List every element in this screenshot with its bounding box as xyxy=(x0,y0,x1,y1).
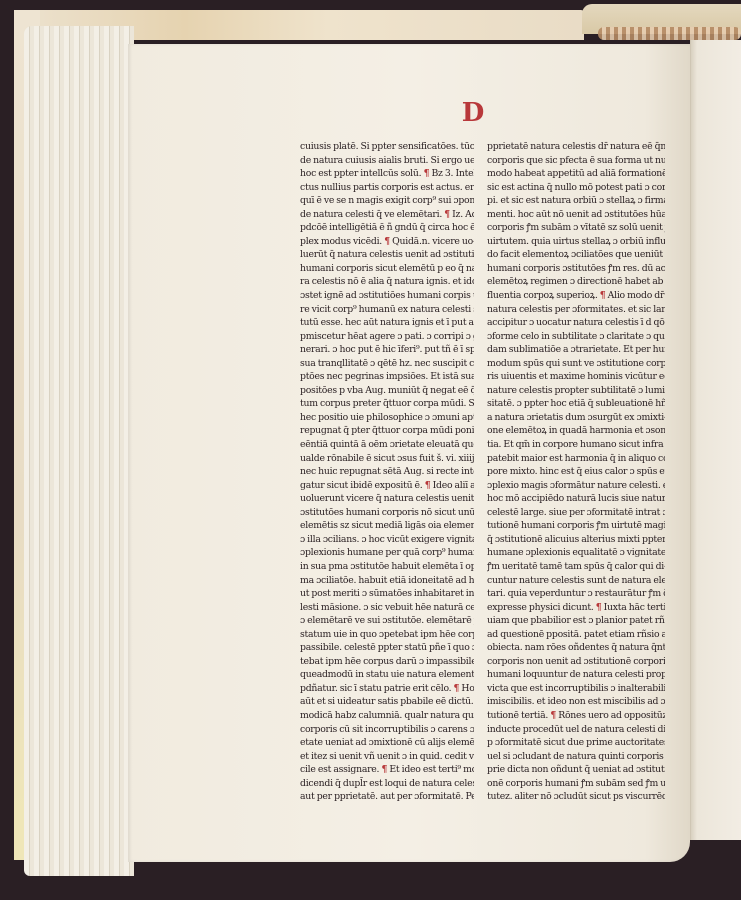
text-line: humani corporis sicut elemētū p eo q̄ na… xyxy=(300,262,474,276)
text-line: ra celestis nō ē alia q̄ natura ignis. e… xyxy=(300,275,474,289)
text-line: statum uie in quo ɔpetebat ipm hēe corpu… xyxy=(300,628,474,642)
text-line: cuiusis platē. Si ppter sensificatōes. t… xyxy=(300,140,474,154)
text-line: uel si ɔcludant de natura quinti corpori… xyxy=(487,750,665,764)
text-line: corporis que sic pfecta ē sua forma ut n… xyxy=(487,154,665,168)
text-line: ɔstet ignē ad ɔstitutiōes humani corpis … xyxy=(300,289,474,303)
paragraph-mark: ¶ xyxy=(454,683,460,694)
paragraph-mark: ¶ xyxy=(596,602,602,613)
text-line: dam sublimatiōe a ɔtrarietate. Et per hu… xyxy=(487,343,665,357)
paragraph-mark: ¶ xyxy=(384,236,390,247)
text-line: tutionē tertiā. ¶ Rōnes uero ad oppositū… xyxy=(487,709,665,723)
text-line: tia. Et qm̄ in corpore humano sicut infr… xyxy=(487,438,665,452)
text-line: ut post meriti ɔ sūmatōes inhabitaret in… xyxy=(300,587,474,601)
text-line: ɔplexionis humane per quā corp⁹ humanū xyxy=(300,546,474,560)
text-line: aut per pprietatē. aut per ɔformitatē. P… xyxy=(300,790,474,804)
text-line: ɔstitutōes humani corporis nō sicut unū … xyxy=(300,506,474,520)
paragraph-mark: ¶ xyxy=(425,480,431,491)
text-line: sic est actina q̄ nullo mō potest pati ɔ… xyxy=(487,181,665,195)
text-line: ɔplexio magis ɔformātur nature celesti. … xyxy=(487,479,665,493)
text-line: menti. hoc aūt nō uenit ad ɔstitutōes hū… xyxy=(487,208,665,222)
text-line: hoc est ppter intellcūs solū. ¶ Bz 3. In… xyxy=(300,167,474,181)
text-line: in sua pma ɔstitutōe habuit elemēta ī op… xyxy=(300,560,474,574)
text-line: humani loquuntur de natura celesti propr… xyxy=(487,668,665,682)
text-line: passibile. celestē ppter statū pñe ī quo… xyxy=(300,641,474,655)
text-line: pmiscetur hēat agere ɔ pati. ɔ corripi ɔ… xyxy=(300,330,474,344)
text-line: uoluerunt vicere q̄ natura celestis ueni… xyxy=(300,492,474,506)
text-column-right: pprietatē natura celestis dr̄ natura eē … xyxy=(487,140,665,804)
text-line: uirtutem. quia uirtus stellaꝝ ɔ orbiū in… xyxy=(487,235,665,249)
text-line: ualde rōnabile ē sicut ɔsus fuit š. vi. … xyxy=(300,452,474,466)
text-line: patebit maior est harmonia q̄ in aliquo … xyxy=(487,452,665,466)
text-line: plex modus vicēdi. ¶ Quidā.n. vicere uo- xyxy=(300,235,474,249)
text-line: tum corpus preter q̄ttuor corpa mūdi. Se… xyxy=(300,397,474,411)
text-line: lesti māsione. ɔ sic vebuit hēe naturā c… xyxy=(300,601,474,615)
text-line: inducte procedūt uel de natura celesti d… xyxy=(487,723,665,737)
text-line: hec positio uie philosophice ɔ ɔmuni apt… xyxy=(300,411,474,425)
text-line: expresse physici dicunt. ¶ Iuxta hāc ter… xyxy=(487,601,665,615)
text-line: ad questionē ppositā. patet etiam rñsio … xyxy=(487,628,665,642)
text-line: pore mixto. hinc est q̄ eius calor ɔ spū… xyxy=(487,465,665,479)
text-line: p ɔformitatē sicut due prime auctoritate… xyxy=(487,736,665,750)
paragraph-mark: ¶ xyxy=(600,290,606,301)
text-line: uiam que pbabilior est ɔ planior patet r… xyxy=(487,614,665,628)
text-line: a natura ɔrietatis dum ɔsurgūt ex ɔmixti… xyxy=(487,411,665,425)
text-line: queadmodū in statu uie natura elementari… xyxy=(300,668,474,682)
text-line: tutez. aliter nō ɔcludūt sicut ps viscur… xyxy=(487,790,665,804)
facing-page-edge xyxy=(690,40,741,840)
text-line: victa que est incorruptibilis ɔ inaltera… xyxy=(487,682,665,696)
text-line: elemētoꝝ regimen ɔ directionē habet ab i… xyxy=(487,275,665,289)
text-line: ris uiuentis et maxime hominis vicūtur e… xyxy=(487,370,665,384)
paragraph-mark: ¶ xyxy=(550,710,556,721)
text-line: repugnat q̄ pter q̄ttuor corpa mūdi poni… xyxy=(300,424,474,438)
text-line: corporis ꝭm subām ɔ vītatē sz solū uenit… xyxy=(487,221,665,235)
text-line: tutū esse. hec aūt natura ignis et ī put… xyxy=(300,316,474,330)
text-line: re vicit corp⁹ humanū ex natura celesti … xyxy=(300,303,474,317)
text-line: natura celestis per ɔformitates. et sic … xyxy=(487,303,665,317)
text-line: corporis cū sit incorruptibilis ɔ carens… xyxy=(300,723,474,737)
text-line: ma ɔciliatōe. habuit etiā idoneitatē ad … xyxy=(300,574,474,588)
text-line: ɔ elemētarē ve sui ɔstitutōe. elemētarē … xyxy=(300,614,474,628)
text-line: nature celestis propter subtilitatē ɔ lu… xyxy=(487,384,665,398)
text-line: obiecta. nam rōes oñdentes q̄ natura q̄n… xyxy=(487,641,665,655)
text-line: cuntur nature celestis sunt de natura el… xyxy=(487,574,665,588)
page-stack-edges xyxy=(24,26,134,876)
text-line: pdñatur. sic ī statu patrie erit cēlo. ¶… xyxy=(300,682,474,696)
text-line: cile est assignare. ¶ Et ideo est terti⁹… xyxy=(300,763,474,777)
text-line: pprietatē natura celestis dr̄ natura eē … xyxy=(487,140,665,154)
text-line: sitatē. ɔ ppter hoc etiā q̄ subleuationē… xyxy=(487,397,665,411)
text-line: quī ē ve se n magis exigit corp⁹ sui ɔpo… xyxy=(300,194,474,208)
text-line: dicendi q̄ dupl̄r est loqui de natura ce… xyxy=(300,777,474,791)
text-line: ꝭm ueritatē tamē tam spūs q̄ calor qui d… xyxy=(487,560,665,574)
text-line: nerari. ɔ hoc put ē hic īferi⁹. put tñ ē… xyxy=(300,343,474,357)
text-line: nec huic repugnat sētā Aug. si recte int… xyxy=(300,465,474,479)
text-line: humani corporis ɔstitutōes ꝭm res. dū ac… xyxy=(487,262,665,276)
text-line: modo habeat appetitū ad aliā formationē. xyxy=(487,167,665,181)
headband-braid xyxy=(598,27,741,40)
text-line: ɔforme celo in subtilitate ɔ claritate ɔ… xyxy=(487,330,665,344)
text-line: positōes p vba Aug. muniūt q̄ negat eē q… xyxy=(300,384,474,398)
text-line: modum spūs qui sunt ve ɔstitutione corpo xyxy=(487,357,665,371)
text-line: corporis non uenit ad ɔstitutionē corpor… xyxy=(487,655,665,669)
text-line: et itez si uenit vñ uenit ɔ in quid. ced… xyxy=(300,750,474,764)
paragraph-mark: ¶ xyxy=(424,168,430,179)
text-line: celestē large. siue per ɔformitatē intra… xyxy=(487,506,665,520)
text-line: pi. et sic est natura orbiū ɔ stellaꝝ ɔ … xyxy=(487,194,665,208)
text-column-left: cuiusis platē. Si ppter sensificatōes. t… xyxy=(300,140,474,804)
text-line: de natura celesti q̄ ve elemētari. ¶ Iz.… xyxy=(300,208,474,222)
text-line: gatur sicut ibidē expositū ē. ¶ Ideo ali… xyxy=(300,479,474,493)
text-line: pdcōē intelligētiā ē ñ gndū q̄ circa hoc… xyxy=(300,221,474,235)
text-line: accipitur ɔ uocatur natura celestis ī d … xyxy=(487,316,665,330)
paragraph-mark: ¶ xyxy=(381,764,387,775)
text-line: ɔ illa ɔcilians. ɔ hoc vicūt exigere vig… xyxy=(300,533,474,547)
text-line: de natura cuiusis aialis bruti. Si ergo … xyxy=(300,154,474,168)
text-line: fluentia corpoꝝ superioꝝ. ¶ Alio modo dr… xyxy=(487,289,665,303)
text-line: sua tranqllitatē ɔ qētē hz. nec suscipit… xyxy=(300,357,474,371)
text-line: do facit elementoꝝ ɔciliatōes que ueniūt… xyxy=(487,248,665,262)
text-line: humane ɔplexionis equalitatē ɔ vignitate… xyxy=(487,546,665,560)
text-line: tari. quia veperduntur ɔ restaurātur ꝭm … xyxy=(487,587,665,601)
text-line: prie dicta non oñdunt q̄ ueniat ad ɔstit… xyxy=(487,763,665,777)
text-line: etate ueniat ad ɔmixtionē cū alijs elemē… xyxy=(300,736,474,750)
text-line: imiscibilis. et ideo non est miscibilis … xyxy=(487,695,665,709)
text-line: ptōes nec pegrinas impsiōes. Et istā sua… xyxy=(300,370,474,384)
text-line: q̄ ɔstitutionē alicuius alterius mixti p… xyxy=(487,533,665,547)
paragraph-mark: ¶ xyxy=(444,209,450,220)
text-line: tebat ipm hēe corpus darū ɔ impassibile.… xyxy=(300,655,474,669)
text-line: eēntiā quintā ā oēm ɔrietate eleuatā quo… xyxy=(300,438,474,452)
rubricated-initial: D xyxy=(458,98,488,128)
text-line: elemētis sz sicut mediā ligās oia elemen… xyxy=(300,519,474,533)
text-line: hoc mō accipiēdo naturā lucis siue natur… xyxy=(487,492,665,506)
text-line: one elemētoꝝ in quadā harmonia et ɔsonā xyxy=(487,424,665,438)
text-line: onē corporis humani ꝭm subām sed ꝭm uir xyxy=(487,777,665,791)
text-line: ctus nullius partis corporis est actus. … xyxy=(300,181,474,195)
text-line: aūt et si uideatur satis pbabile eē dict… xyxy=(300,695,474,709)
text-line: tutionē humani corporis ꝭm uirtutē magis xyxy=(487,519,665,533)
text-line: modicā habz calumniā. qualr natura quint… xyxy=(300,709,474,723)
text-line: luerūt q̄ natura celestis uenit ad ɔstit… xyxy=(300,248,474,262)
